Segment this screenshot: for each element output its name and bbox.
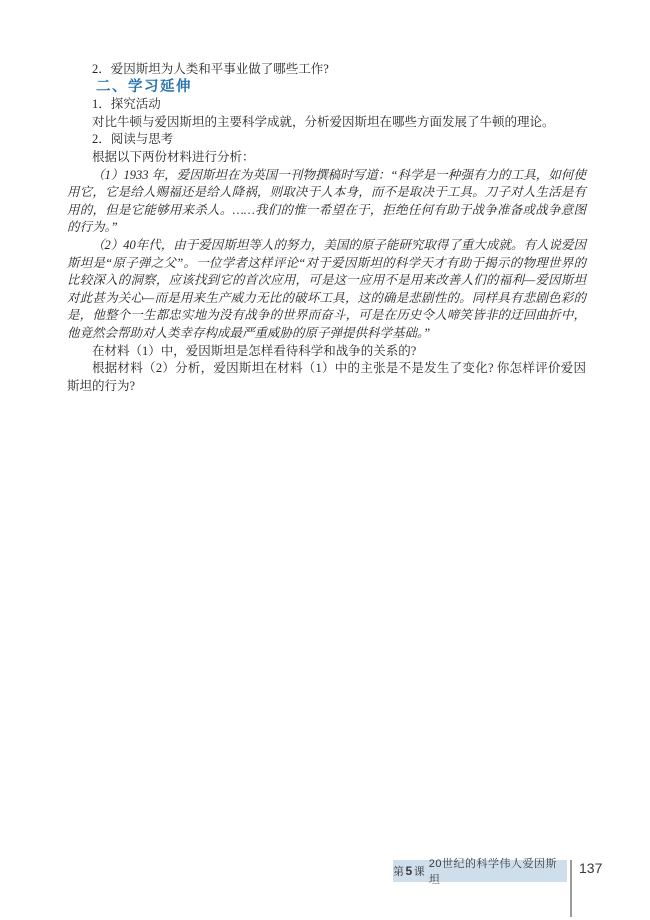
activity-1-title: 1．探究活动 xyxy=(67,96,586,114)
page-number: 137 xyxy=(579,860,602,876)
lesson-title-text: 20世纪的科学伟人爱因斯坦 xyxy=(429,855,567,887)
lesson-label-suffix: 课 xyxy=(414,863,426,879)
lesson-number: 5 xyxy=(405,864,414,878)
section-heading: 二、学习延伸 xyxy=(67,79,586,97)
activity-2-title: 2．阅读与思考 xyxy=(67,131,586,149)
activity-2-intro: 根据以下两份材料进行分析： xyxy=(67,149,586,167)
top-question: 2．爱因斯坦为人类和平事业做了哪些工作? xyxy=(67,61,586,79)
discussion-question-2: 根据材料（2）分析，爱因斯坦在材料（1）中的主张是不是发生了变化? 你怎样评价爱… xyxy=(67,360,586,395)
discussion-question-1: 在材料（1）中，爱因斯坦是怎样看待科学和战争的关系的? xyxy=(67,343,586,361)
lesson-label-prefix: 第 xyxy=(393,863,405,879)
material-1-paragraph: （1）1933 年，爱因斯坦在为英国一刊物撰稿时写道：“科学是一种强有力的工具，… xyxy=(67,167,586,237)
material-2-paragraph: （2）40年代，由于爱因斯坦等人的努力，美国的原子能研究取得了重大成就。有人说爱… xyxy=(67,237,586,343)
page-content: 2．爱因斯坦为人类和平事业做了哪些工作? 二、学习延伸 1．探究活动 对比牛顿与… xyxy=(67,61,586,395)
lesson-title-banner: 第5课 20世纪的科学伟人爱因斯坦 xyxy=(393,860,567,882)
activity-1-body: 对比牛顿与爱因斯坦的主要科学成就，分析爱因斯坦在哪些方面发展了牛顿的理论。 xyxy=(67,114,586,132)
footer-divider-line xyxy=(570,860,572,917)
textbook-page: 2．爱因斯坦为人类和平事业做了哪些工作? 二、学习延伸 1．探究活动 对比牛顿与… xyxy=(0,0,650,920)
